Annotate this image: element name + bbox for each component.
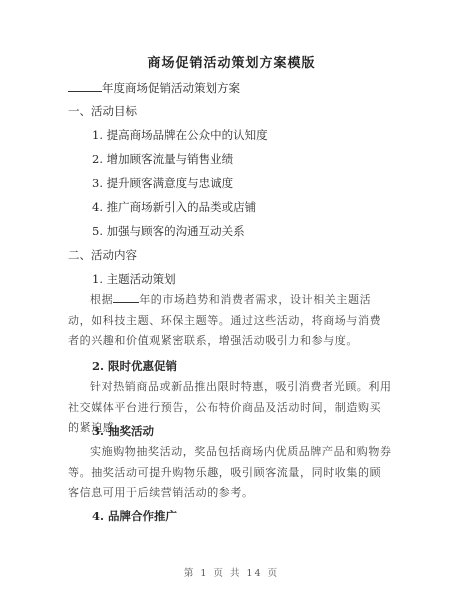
subsection-heading: 3. 抽奖活动: [92, 424, 154, 438]
goal-item: 2. 增加顾客流量与销售业绩: [92, 152, 233, 166]
paragraph-lottery: 实施购物抽奖活动，奖品包括商场内优质品牌产品和购物券等。抽奖活动可提升购物乐趣，…: [68, 442, 392, 504]
goal-item: 5. 加强与顾客的沟通互动关系: [92, 224, 245, 238]
paragraph-theme: 根据年的市场趋势和消费者需求，设计相关主题活动，如科技主题、环保主题等。通过这些…: [68, 290, 392, 352]
document-subtitle: 年度商场促销活动策划方案: [68, 80, 240, 95]
goal-item: 1. 提高商场品牌在公众中的认知度: [92, 128, 268, 142]
document-title: 商场促销活动策划方案模版: [0, 52, 463, 71]
document-page: 商场促销活动策划方案模版 年度商场促销活动策划方案 一、活动目标 1. 提高商场…: [0, 0, 463, 600]
goal-item: 3. 提升顾客满意度与忠诚度: [92, 176, 233, 190]
subsection-heading: 2. 限时优惠促销: [92, 359, 177, 373]
year-blank: [113, 291, 139, 303]
year-blank: [68, 80, 102, 92]
page-footer: 第 1 页 共 14 页: [0, 565, 463, 579]
section-heading-goals: 一、活动目标: [68, 104, 137, 118]
subsection-heading: 4. 品牌合作推广: [92, 509, 177, 523]
goal-item: 4. 推广商场新引入的品类或店铺: [92, 200, 256, 214]
section-heading-content: 二、活动内容: [68, 248, 137, 262]
subsection-heading: 1. 主题活动策划: [92, 272, 176, 286]
